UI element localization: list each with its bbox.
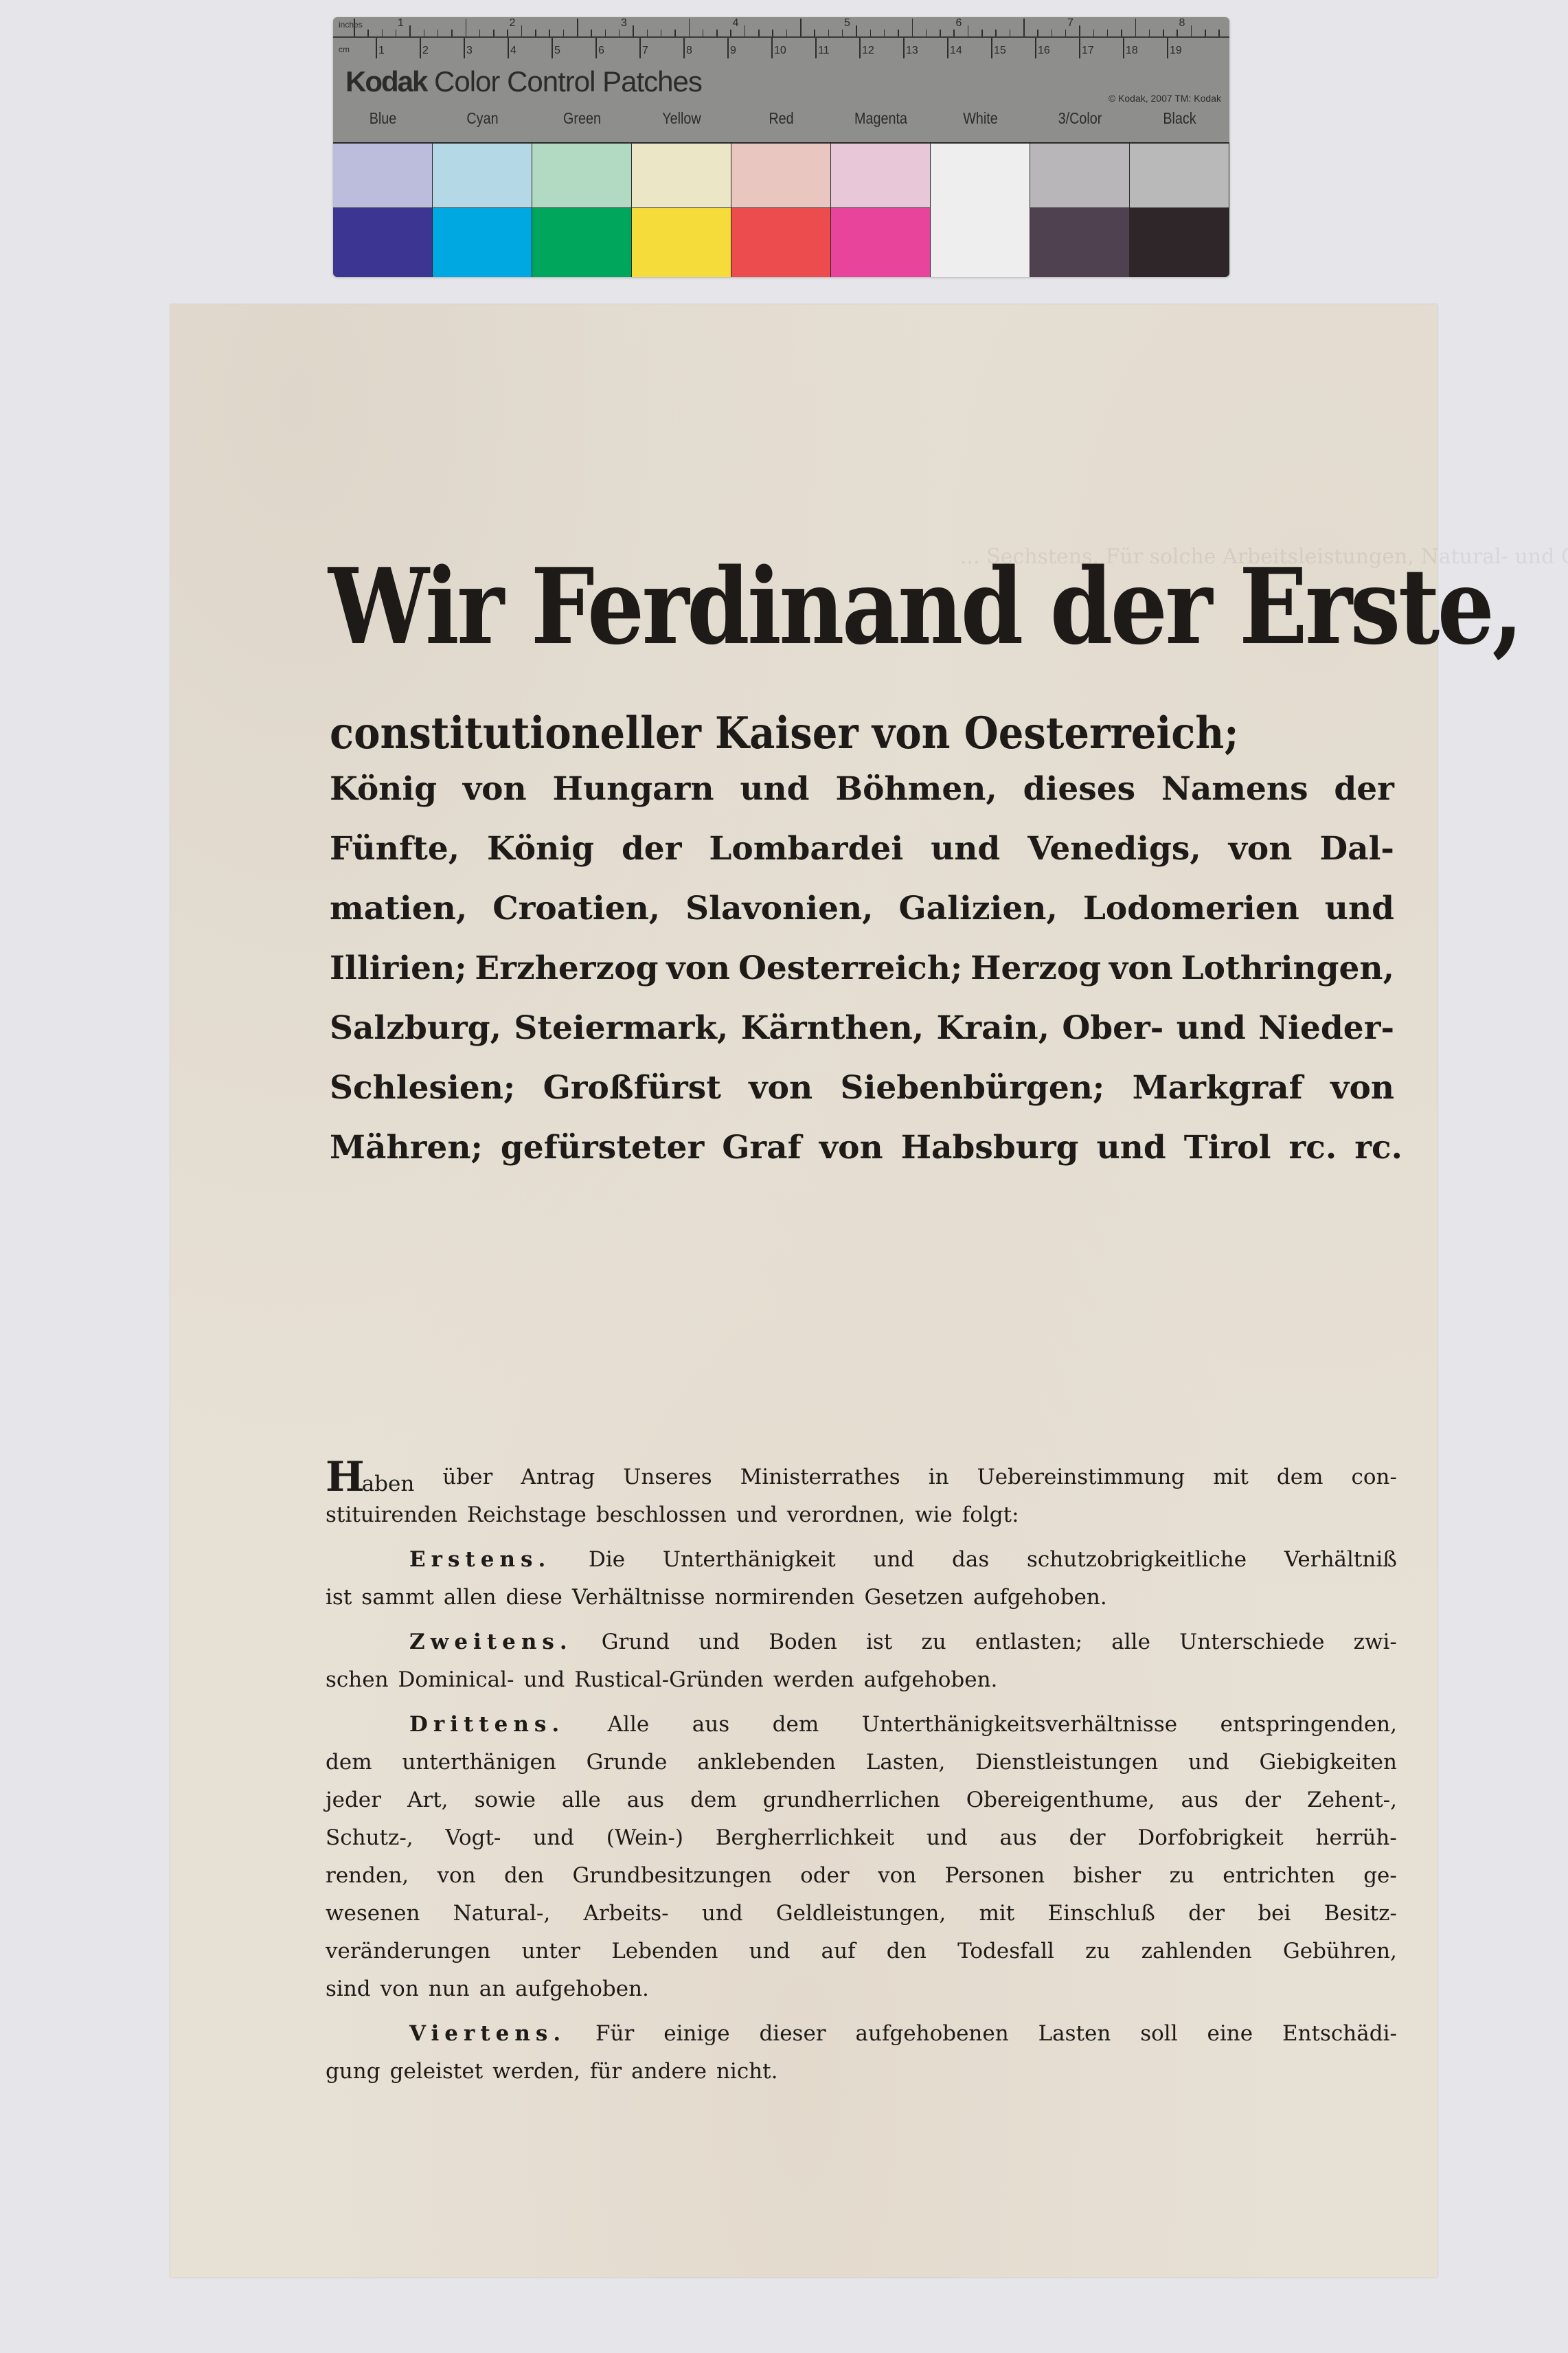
ruler-tick [633, 25, 634, 36]
inch-mark: 8 [1179, 17, 1185, 30]
word: Galizien, [899, 879, 1058, 938]
word: Schlesien; [330, 1058, 515, 1118]
word: von [1330, 1058, 1394, 1118]
kodak-logo: Kodak Color Control Patches [345, 65, 702, 98]
patch-label-blue: Blue [340, 109, 426, 131]
patch-light [532, 144, 631, 208]
cm-mark: 5 [554, 45, 560, 57]
word: renden, [326, 1857, 409, 1895]
cm-tick [815, 38, 817, 58]
patch-dark [1130, 208, 1229, 277]
word: Giebigkeiten [1260, 1744, 1397, 1781]
ruler-tick [647, 30, 648, 36]
word: Dorfobrigkeit [1137, 1819, 1283, 1857]
ruler-tick [396, 30, 397, 36]
patch-label-black: Black [1137, 109, 1223, 131]
cm-tick [727, 38, 729, 58]
document-subtitle: constitutioneller Kaiser von Oesterreich… [330, 710, 1288, 758]
word: veränderungen [326, 1933, 490, 1970]
word: zu [1170, 1857, 1194, 1895]
word: Unseres [623, 1459, 712, 1496]
word: Unterschiede [1179, 1623, 1324, 1661]
kodak-color-chart: inches 12345678 cm 123456789101112131415… [333, 17, 1229, 277]
word: dem [690, 1781, 737, 1819]
word: Lebenden [611, 1933, 718, 1970]
cm-tick [991, 38, 992, 58]
inch-mark: 3 [621, 17, 627, 30]
word: Herzog [970, 938, 1101, 998]
word: Nieder- [1258, 998, 1394, 1058]
word: König [487, 819, 594, 879]
word: von [749, 1058, 813, 1118]
ruler-tick [981, 30, 983, 36]
word: und [927, 1819, 968, 1857]
word: grundherrlichen [763, 1781, 940, 1819]
word: Erzherzog [475, 938, 658, 998]
ruler-tick [354, 19, 355, 36]
word: Schutz-, [326, 1819, 413, 1857]
word: Grund [602, 1623, 670, 1661]
ruler-tick [926, 30, 927, 36]
word: Slavonien, [685, 879, 873, 938]
ruler-tick [689, 19, 690, 36]
word: alle [562, 1781, 601, 1819]
article-line: sindvonnunanaufgehoben. [326, 1970, 1397, 2008]
title-line: Fünfte,KönigderLombardeiundVenedigs,vonD… [330, 819, 1394, 879]
article-line: Zweitens.GrundundBodenistzuentlasten;all… [326, 1623, 1397, 1661]
ruler-tick [619, 30, 620, 36]
ruler-tick [758, 30, 760, 36]
word: sammt [361, 1579, 434, 1617]
preamble-line: HabenüberAntragUnseresMinisterrathesinUe… [326, 1459, 1397, 1496]
ruler-tick [605, 30, 606, 36]
word: Tirol [1184, 1118, 1271, 1178]
patch-label-cyan: Cyan [440, 109, 525, 131]
patch-light [831, 144, 930, 208]
product-name: Color Control Patches [434, 65, 702, 98]
word: Hungarn [553, 759, 714, 819]
word: Vogt- [445, 1819, 501, 1857]
word: Mähren; [330, 1118, 483, 1178]
cm-mark: 17 [1082, 45, 1094, 57]
ruler-tick [1121, 30, 1122, 36]
word: dieser [759, 2015, 826, 2053]
cm-ruler: cm 12345678910111213141516171819 [333, 38, 1229, 63]
article-heading: Drittens. [409, 1706, 565, 1744]
cm-tick [683, 38, 685, 58]
word: wie [915, 1496, 953, 1534]
ruler-tick [451, 30, 453, 36]
word: oder [800, 1857, 850, 1895]
article-heading: Zweitens. [409, 1623, 573, 1661]
cm-tick [1167, 38, 1168, 58]
word: ist [866, 1623, 892, 1661]
word: jeder [326, 1781, 381, 1819]
word: Habsburg [901, 1118, 1079, 1178]
cm-tick [771, 38, 773, 58]
word: und [873, 1541, 914, 1579]
word: Böhmen, [835, 759, 997, 819]
patch-light [1030, 144, 1129, 208]
spacer [326, 2008, 1397, 2015]
ruler-tick [1010, 30, 1011, 36]
inch-ruler: inches 12345678 [333, 17, 1229, 38]
word: wesenen [326, 1895, 420, 1933]
word: bei [1258, 1895, 1291, 1933]
ruler-tick [549, 30, 550, 36]
article-heading: Erstens. [409, 1541, 551, 1579]
article-line: renden,vondenGrundbesitzungenodervonPers… [326, 1857, 1397, 1895]
ruler-tick [1163, 30, 1164, 36]
title-line: Schlesien;GroßfürstvonSiebenbürgen;Markg… [330, 1058, 1394, 1118]
word: werden, [492, 2053, 580, 2091]
title-line: Illirien;ErzherzogvonOesterreich;Herzogv… [330, 938, 1394, 998]
word: Graf [722, 1118, 802, 1178]
title-line: KönigvonHungarnundBöhmen,diesesNamensder [330, 759, 1394, 819]
ruler-tick [1135, 19, 1137, 36]
word: Dominical- [398, 1661, 514, 1699]
word: von [380, 1970, 419, 2008]
word: Ober- [1062, 998, 1163, 1058]
word: Venedigs, [1027, 819, 1201, 879]
word: Reichstage [467, 1496, 587, 1534]
ruler-tick [745, 25, 746, 36]
word: Arbeits- [583, 1895, 668, 1933]
word: zu [1085, 1933, 1110, 1970]
word: von [463, 759, 527, 819]
word: gung [326, 2053, 380, 2091]
word: an [479, 1970, 505, 2008]
cm-mark: 2 [422, 45, 429, 57]
cm-mark: 9 [730, 45, 736, 57]
ruler-tick [828, 30, 830, 36]
ruler-tick [479, 30, 481, 36]
inches-label: inches [339, 20, 363, 30]
ruler-tick [995, 30, 997, 36]
spacer [326, 1617, 1397, 1623]
inch-mark: 7 [1067, 17, 1073, 30]
word: Haben [326, 1459, 414, 1496]
word: Markgraf [1133, 1058, 1303, 1118]
word: von [666, 938, 730, 998]
word: Natural-, [453, 1895, 551, 1933]
word: für [590, 2053, 622, 2091]
word: stituirenden [326, 1496, 457, 1534]
patch-yellow [632, 144, 731, 277]
word: beschlossen [596, 1496, 727, 1534]
article-line: Viertens.FüreinigedieseraufgehobenenLast… [326, 2015, 1397, 2053]
word: dem [773, 1706, 819, 1744]
word: von [437, 1857, 475, 1895]
word: von [1109, 938, 1173, 998]
ruler-tick [940, 30, 941, 36]
brand-name: Kodak [345, 65, 427, 98]
word: der [1245, 1781, 1281, 1819]
ruler-tick [1191, 25, 1192, 36]
word: entspringenden, [1220, 1706, 1397, 1744]
inch-mark: 6 [956, 17, 962, 30]
word: dem [1277, 1459, 1323, 1496]
word: Namens [1161, 759, 1308, 819]
ruler-tick [507, 30, 508, 36]
patch-label-white: White [938, 109, 1023, 131]
title-line: Salzburg,Steiermark,Kärnthen,Krain,Ober-… [330, 998, 1394, 1058]
ruler-tick [968, 25, 969, 36]
word: dem [326, 1744, 372, 1781]
article-line: gunggeleistetwerden,füranderenicht. [326, 2053, 1397, 2091]
word: Gesetzen [865, 1579, 964, 1617]
ruler-tick [382, 30, 383, 36]
word: normirenden [714, 1579, 854, 1617]
word: auf [821, 1933, 856, 1970]
word: den [504, 1857, 544, 1895]
article-heading: Viertens. [409, 2015, 566, 2053]
word: mit [979, 1895, 1014, 1933]
word: aus [1181, 1781, 1218, 1819]
ruler-tick [591, 30, 592, 36]
patch-3-color [1030, 144, 1130, 277]
word: matien, [330, 879, 467, 938]
word: unterthänigen [402, 1744, 556, 1781]
patch-label-green: Green [539, 109, 625, 131]
patch-label-magenta: Magenta [838, 109, 924, 131]
word: Grundbesitzungen [572, 1857, 771, 1895]
ruler-tick [1093, 30, 1095, 36]
word: geleistet [390, 2053, 484, 2091]
document-title: Wir Ferdinand der Erste, [328, 552, 1250, 662]
ruler-tick [772, 30, 773, 36]
word: Gebühren, [1283, 1933, 1397, 1970]
word: Todesfall [957, 1933, 1054, 1970]
patch-light [333, 144, 432, 208]
inch-mark: 1 [398, 17, 404, 30]
word: Unterthänigkeitsverhältnisse [862, 1706, 1177, 1744]
cm-tick [639, 38, 641, 58]
article-line: wesenenNatural-,Arbeits-undGeldleistunge… [326, 1895, 1397, 1933]
cm-mark: 11 [818, 45, 830, 57]
word: über [442, 1459, 492, 1496]
word: unter [521, 1933, 580, 1970]
word: einige [663, 2015, 729, 2053]
ruler-tick [870, 30, 872, 36]
patch-dark [1030, 208, 1129, 277]
word: rc. [1354, 1118, 1402, 1178]
word: Verhältnisse [572, 1579, 705, 1617]
word: Großfürst [543, 1058, 721, 1118]
word: Die [589, 1541, 625, 1579]
cm-mark: 1 [378, 45, 385, 57]
word: ge- [1363, 1857, 1397, 1895]
article-line: istsammtallendieseVerhältnissenormirende… [326, 1579, 1397, 1617]
patch-light [731, 144, 830, 208]
word: Salzburg, [330, 998, 501, 1058]
patch-dark [433, 208, 532, 277]
word: der [622, 819, 682, 879]
word: allen [444, 1579, 497, 1617]
word: zwi- [1354, 1623, 1397, 1661]
word: con- [1351, 1459, 1396, 1496]
spacer [326, 1699, 1397, 1706]
word: und [533, 1819, 574, 1857]
word: nicht. [716, 2053, 778, 2091]
ruler-tick [716, 30, 718, 36]
copyright-notice: © Kodak, 2007 TM: Kodak [1109, 93, 1221, 104]
word: Krain, [937, 998, 1049, 1058]
cm-mark: 15 [994, 45, 1006, 57]
patch-dark [333, 208, 432, 277]
word: das [952, 1541, 989, 1579]
cm-label: cm [339, 45, 350, 54]
word: und [736, 1496, 777, 1534]
word: Kärnthen, [741, 998, 924, 1058]
cm-mark: 4 [510, 45, 516, 57]
ruler-tick [563, 30, 565, 36]
patch-dark [931, 208, 1030, 277]
word: Steiermark, [514, 998, 728, 1058]
cm-mark: 10 [774, 45, 786, 57]
article-line: Schutz-,Vogt-und(Wein-)Bergherrlichkeitu… [326, 1819, 1397, 1857]
cm-tick [376, 38, 377, 58]
word: Für [595, 2015, 634, 2053]
ruler-tick [1149, 30, 1150, 36]
word: der [1334, 759, 1394, 819]
ruler-tick [521, 25, 523, 36]
word: Lodomerien [1083, 879, 1299, 938]
patch-labels: BlueCyanGreenYellowRedMagentaWhite3/Colo… [333, 109, 1229, 131]
cm-tick [552, 38, 553, 58]
word: gefürsteter [501, 1118, 704, 1178]
word: aufgehoben. [864, 1661, 998, 1699]
word: von [819, 1118, 883, 1178]
word: der [1069, 1819, 1106, 1857]
ruler-tick [1177, 30, 1178, 36]
cm-tick [859, 38, 861, 58]
patch-black [1130, 144, 1229, 277]
word: aus [627, 1781, 664, 1819]
ruler-tick [661, 30, 662, 36]
ruler-tick [730, 30, 731, 36]
word: Verhältniß [1284, 1541, 1397, 1579]
word: Personen [945, 1857, 1045, 1895]
word: König [330, 759, 437, 819]
word: Geldleistungen, [776, 1895, 946, 1933]
ruler-tick [842, 30, 843, 36]
word: mit [1213, 1459, 1249, 1496]
ruler-tick [466, 19, 467, 36]
word: Lasten, [866, 1744, 946, 1781]
ruler-tick [438, 30, 439, 36]
word: soll [1140, 2015, 1177, 2053]
word: verordnen, [787, 1496, 905, 1534]
ruler-tick [800, 19, 802, 36]
ruler-tick [1218, 30, 1220, 36]
word: und [749, 1933, 791, 1970]
word: sowie [475, 1781, 536, 1819]
ruler-tick [856, 25, 857, 36]
ruler-tick [535, 30, 536, 36]
ruler-tick [1052, 30, 1053, 36]
word: Entschädi- [1282, 2015, 1397, 2053]
word: Rustical-Gründen [574, 1661, 764, 1699]
word: und [1097, 1118, 1166, 1178]
word: Lombardei [709, 819, 903, 879]
cm-mark: 16 [1038, 45, 1050, 57]
cm-mark: 7 [642, 45, 648, 57]
patch-label-3-color: 3/Color [1037, 109, 1123, 131]
word: von [878, 1857, 916, 1895]
word: Fünfte, [330, 819, 459, 879]
cm-mark: 13 [906, 45, 918, 57]
cm-tick [508, 38, 509, 58]
ruler-tick [493, 30, 495, 36]
decree-body: HabenüberAntragUnseresMinisterrathesinUe… [326, 1459, 1397, 2091]
word: und [698, 1623, 740, 1661]
word: Antrag [521, 1459, 595, 1496]
ruler-tick [409, 25, 411, 36]
word: der [1188, 1895, 1225, 1933]
word: und [740, 759, 809, 819]
ruler-tick [1023, 19, 1025, 36]
article-line: jederArt,sowiealleausdemgrundherrlichenO… [326, 1781, 1397, 1819]
word: Boden [769, 1623, 837, 1661]
word: und [1188, 1744, 1229, 1781]
word: Ministerrathes [740, 1459, 900, 1496]
word: herrüh- [1316, 1819, 1397, 1857]
word: (Wein-) [606, 1819, 683, 1857]
ruler-tick [898, 30, 899, 36]
ruler-tick [814, 30, 815, 36]
ruler-tick [577, 19, 578, 36]
imperial-titles: KönigvonHungarnundBöhmen,diesesNamensder… [330, 759, 1394, 1178]
word: alle [1111, 1623, 1150, 1661]
ruler-tick [1037, 30, 1038, 36]
cm-tick [420, 38, 421, 58]
cm-mark: 18 [1126, 45, 1138, 57]
word: schutzobrigkeitliche [1027, 1541, 1247, 1579]
inch-mark: 4 [733, 17, 739, 30]
inch-mark: 5 [844, 17, 850, 30]
ruler-tick [912, 19, 913, 36]
word: folgt: [962, 1496, 1019, 1534]
word: rc. [1289, 1118, 1337, 1178]
patch-cyan [433, 144, 532, 277]
word: Dal- [1319, 819, 1394, 879]
cm-tick [947, 38, 948, 58]
word: Lothringen, [1181, 938, 1394, 998]
spacer [326, 1534, 1397, 1541]
cm-tick [1079, 38, 1080, 58]
inch-mark: 2 [510, 17, 516, 30]
patch-dark [532, 208, 631, 277]
ruler-tick [1205, 30, 1206, 36]
patch-dark [831, 208, 930, 277]
drop-cap: H [326, 1453, 365, 1501]
word: in [929, 1459, 949, 1496]
patch-magenta [831, 144, 931, 277]
word: Besitz- [1324, 1895, 1397, 1933]
cm-mark: 6 [598, 45, 604, 57]
ruler-tick [884, 30, 885, 36]
word: zahlenden [1141, 1933, 1252, 1970]
ruler-tick [786, 30, 788, 36]
word: Dienstleistungen [975, 1744, 1158, 1781]
word: Obereigenthume, [966, 1781, 1155, 1819]
word: aufgehoben. [515, 1970, 649, 2008]
patch-light [632, 144, 731, 208]
word: Croatien, [492, 879, 660, 938]
word: Art, [407, 1781, 448, 1819]
word: eine [1207, 2015, 1253, 2053]
